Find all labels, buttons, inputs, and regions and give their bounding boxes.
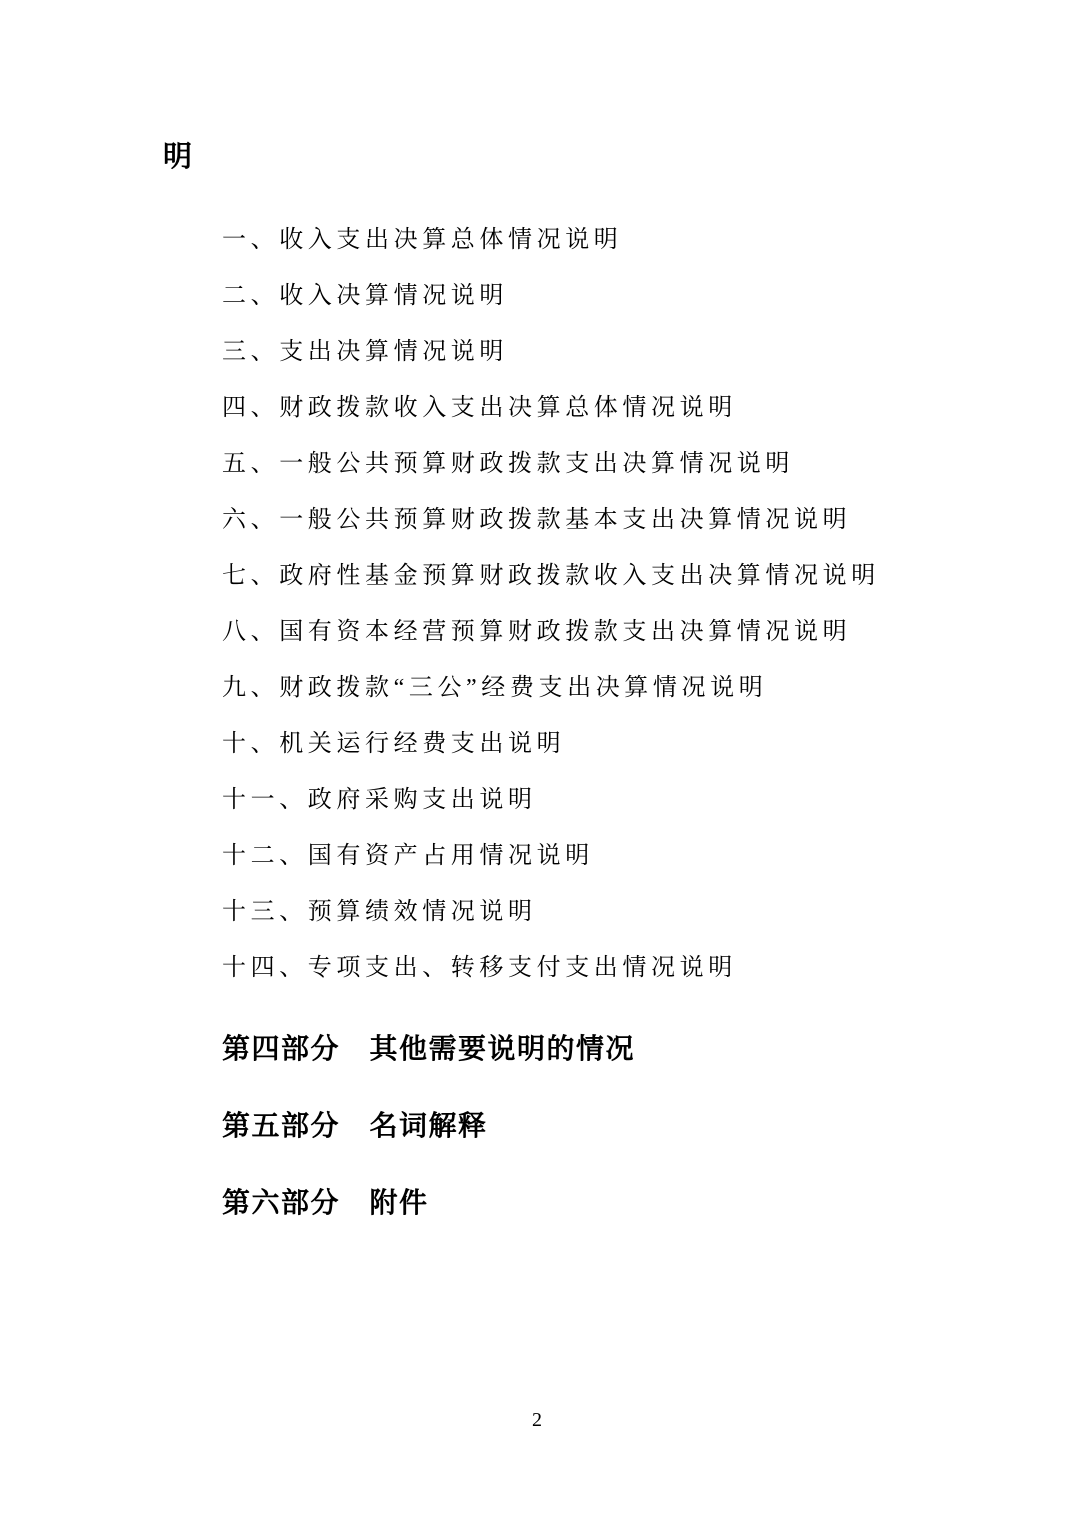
toc-item-4: 四、财政拨款收入支出决算总体情况说明	[222, 380, 922, 436]
toc-item-9: 九、财政拨款“三公”经费支出决算情况说明	[222, 660, 922, 716]
part-heading-6: 第六部分 附件	[222, 1184, 922, 1222]
page-number: 2	[0, 1407, 1074, 1433]
part-headings: 第四部分 其他需要说明的情况 第五部分 名词解释 第六部分 附件	[222, 1030, 922, 1261]
toc-item-8: 八、国有资本经营预算财政拨款支出决算情况说明	[222, 604, 922, 660]
toc-item-5: 五、一般公共预算财政拨款支出决算情况说明	[222, 436, 922, 492]
toc-item-3: 三、支出决算情况说明	[222, 324, 922, 380]
toc-item-13: 十三、预算绩效情况说明	[222, 884, 922, 940]
toc-item-6: 六、一般公共预算财政拨款基本支出决算情况说明	[222, 492, 922, 548]
toc-item-10: 十、机关运行经费支出说明	[222, 716, 922, 772]
toc-item-2: 二、收入决算情况说明	[222, 268, 922, 324]
toc-item-12: 十二、国有资产占用情况说明	[222, 828, 922, 884]
section-title-continuation: 明	[163, 138, 193, 176]
part-heading-5: 第五部分 名词解释	[222, 1107, 922, 1145]
document-page: 明 一、收入支出决算总体情况说明 二、收入决算情况说明 三、支出决算情况说明 四…	[0, 0, 1074, 1520]
toc-item-1: 一、收入支出决算总体情况说明	[222, 212, 922, 268]
part-heading-4: 第四部分 其他需要说明的情况	[222, 1030, 922, 1068]
toc-item-11: 十一、政府采购支出说明	[222, 772, 922, 828]
toc-item-7: 七、政府性基金预算财政拨款收入支出决算情况说明	[222, 548, 922, 604]
toc-item-14: 十四、专项支出、转移支付支出情况说明	[222, 940, 922, 996]
toc-list: 一、收入支出决算总体情况说明 二、收入决算情况说明 三、支出决算情况说明 四、财…	[222, 212, 922, 996]
